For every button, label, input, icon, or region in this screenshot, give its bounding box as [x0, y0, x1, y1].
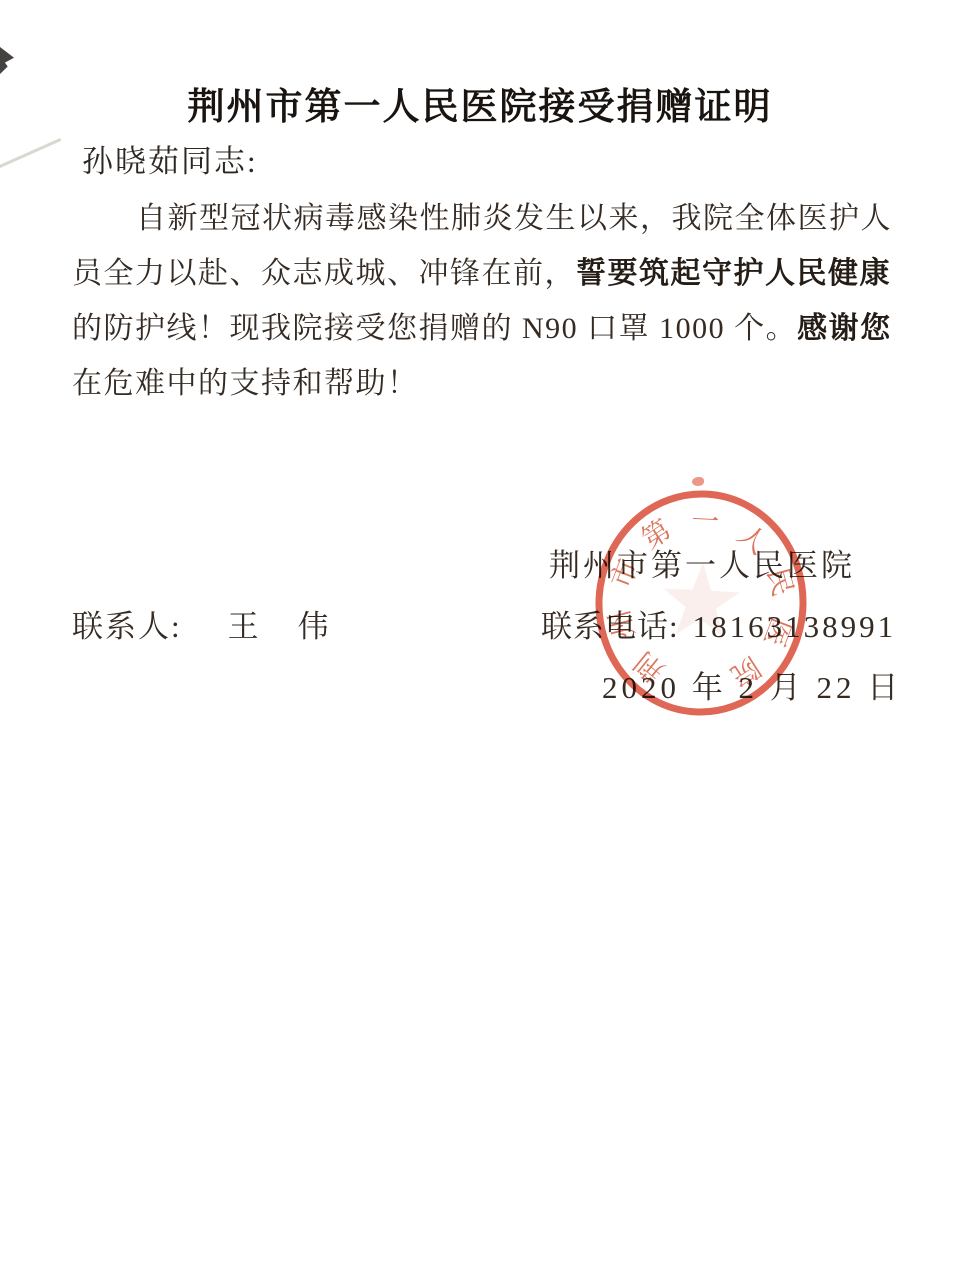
scanned-document-page: 荆州市第一人民医院接受捐赠证明 孙晓茹同志: 自新型冠状病毒感染性肺炎发生以来，… — [0, 0, 960, 1280]
official-stamp-seal: 荆州市第一人民医院 — [584, 480, 818, 725]
body-text-segment: 在危难中的支持和帮助！ — [72, 367, 419, 400]
scan-artifact-wedge — [0, 47, 14, 74]
stamp-character: 第 — [636, 514, 677, 556]
body-line: 在危难中的支持和帮助！ — [72, 356, 892, 411]
scan-artifact-streak — [0, 138, 62, 169]
contact-label: 联系人: — [72, 609, 182, 644]
stamp-character: 州 — [604, 606, 641, 641]
body-text-segment: 的防护线！现我院接受您捐赠的 N90 口罩 1000 个。 — [72, 312, 797, 345]
salutation: 孙晓茹同志: — [82, 136, 258, 181]
stamp-star-icon — [661, 561, 741, 637]
body-text-segment: 誓要筑起守护人民健康 — [576, 257, 891, 290]
body-text-segment: 自新型冠状病毒感染性肺炎发生以来，我院全体医护人 — [136, 202, 892, 235]
stamp-character: 院 — [725, 650, 766, 692]
body-line: 员全力以赴、众志成城、冲锋在前，誓要筑起守护人民健康 — [72, 246, 892, 301]
body-text-segment: 感谢您 — [797, 312, 892, 345]
stamp-character: 医 — [757, 613, 796, 650]
body-text-segment: 员全力以赴、众志成城、冲锋在前， — [72, 257, 576, 290]
body-line: 自新型冠状病毒感染性肺炎发生以来，我院全体医护人 — [72, 191, 892, 246]
document-title: 荆州市第一人民医院接受捐赠证明 — [0, 76, 960, 130]
stamp-character: 荆 — [629, 645, 671, 687]
stamp-character: 一 — [690, 506, 720, 538]
contact-row: 联系人:王 伟 — [72, 601, 333, 646]
stamp-ink-smudge-icon — [692, 477, 704, 486]
stamp-character: 民 — [761, 565, 798, 600]
contact-name: 王 伟 — [228, 609, 333, 644]
body-line: 的防护线！现我院接受您捐赠的 N90 口罩 1000 个。感谢您 — [72, 301, 892, 356]
body: 自新型冠状病毒感染性肺炎发生以来，我院全体医护人员全力以赴、众志成城、冲锋在前，… — [72, 191, 892, 411]
stamp-character: 人 — [731, 518, 773, 560]
